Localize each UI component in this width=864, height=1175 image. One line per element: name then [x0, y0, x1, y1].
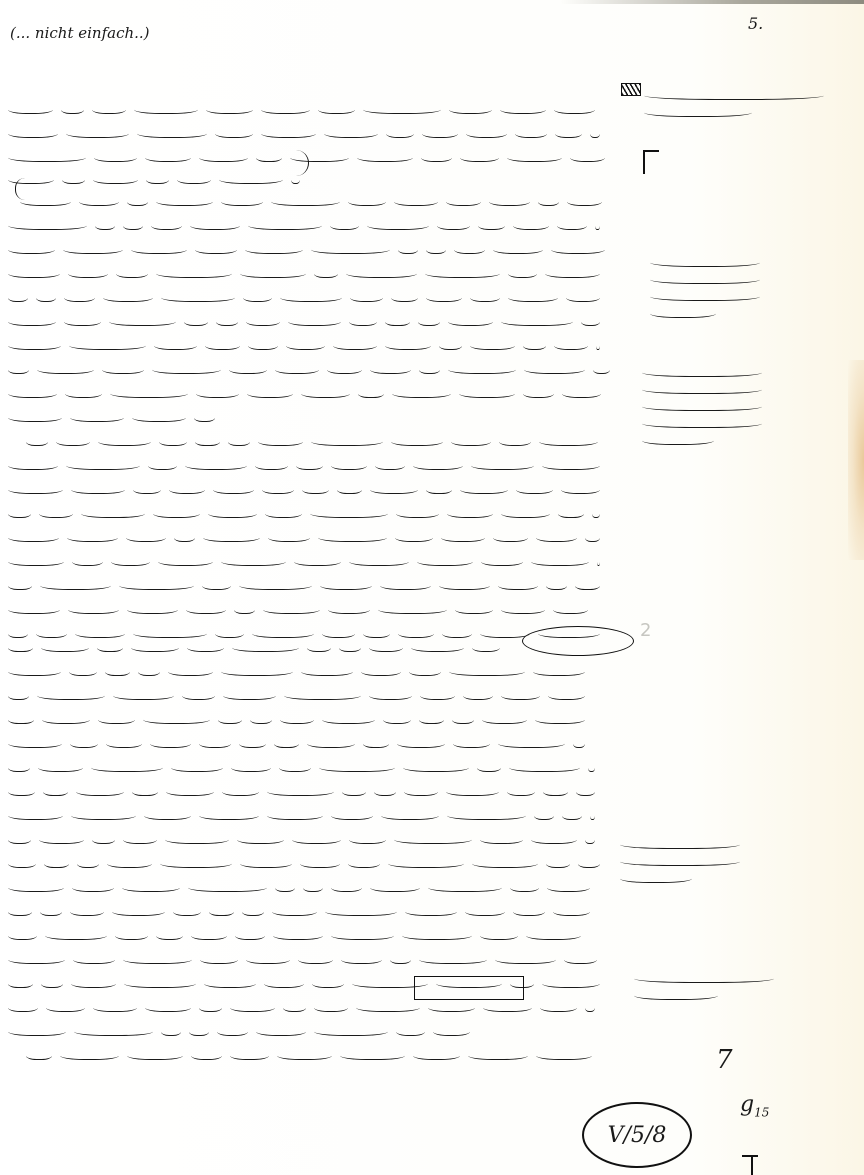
- handwritten-word: [483, 1001, 532, 1012]
- handwritten-word: [531, 833, 577, 844]
- handwritten-line: [8, 502, 608, 520]
- handwritten-word: [420, 689, 455, 700]
- handwritten-word: [292, 833, 341, 844]
- handwritten-word: [333, 339, 377, 350]
- handwritten-word: [578, 857, 600, 868]
- handwritten-word: [182, 689, 215, 700]
- handwritten-word: [42, 713, 90, 724]
- handwritten-word: [240, 267, 306, 278]
- handwritten-word: [8, 339, 61, 350]
- handwritten-word: [133, 483, 161, 494]
- handwritten-line: [8, 598, 598, 616]
- handwritten-line: [8, 262, 608, 280]
- handwritten-word: [307, 641, 331, 652]
- handwritten-word: [536, 1049, 592, 1060]
- handwritten-word: [250, 713, 272, 724]
- handwritten-word: [221, 555, 286, 566]
- handwritten-word: [26, 435, 48, 446]
- handwritten-word: [8, 411, 62, 422]
- margin-note: [644, 83, 824, 123]
- handwritten-word: [367, 219, 429, 230]
- handwritten-word: [396, 507, 439, 518]
- handwritten-word: [380, 579, 431, 590]
- handwritten-word: [349, 555, 409, 566]
- handwritten-word: [325, 905, 397, 916]
- handwritten-word: [596, 339, 600, 350]
- handwritten-word: [148, 459, 177, 470]
- handwritten-word: [381, 809, 439, 820]
- handwritten-word: [8, 603, 60, 614]
- handwritten-word: [513, 905, 545, 916]
- handwritten-word: [105, 665, 130, 676]
- handwritten-word: [570, 151, 605, 162]
- handwritten-word: [74, 1025, 153, 1036]
- handwritten-word: [482, 713, 527, 724]
- handwritten-word: [468, 1049, 528, 1060]
- handwritten-word: [350, 291, 383, 302]
- handwritten-word: [463, 689, 493, 700]
- handwritten-line: [8, 238, 613, 256]
- handwritten-word: [93, 173, 138, 184]
- handwritten-word: [451, 435, 491, 446]
- handwritten-word: [8, 761, 30, 772]
- handwritten-word: [186, 603, 226, 614]
- handwritten-word: [64, 315, 101, 326]
- handwritten-word: [288, 315, 341, 326]
- handwritten-word: [459, 387, 515, 398]
- handwritten-word: [66, 459, 140, 470]
- handwritten-word: [123, 953, 192, 964]
- handwritten-word: [8, 127, 58, 138]
- handwritten-word: [109, 315, 176, 326]
- handwritten-word: [8, 641, 33, 652]
- handwritten-line: [8, 876, 598, 894]
- handwritten-word: [261, 127, 316, 138]
- handwritten-word: [339, 641, 361, 652]
- handwritten-word: [169, 483, 205, 494]
- handwritten-word: [428, 1001, 475, 1012]
- handwritten-word: [168, 665, 213, 676]
- handwritten-word: [402, 929, 472, 940]
- handwritten-word: [199, 809, 259, 820]
- handwritten-word: [542, 977, 600, 988]
- handwritten-word: [370, 363, 411, 374]
- handwritten-line: [8, 924, 593, 942]
- handwritten-word: [68, 267, 108, 278]
- handwritten-word: [327, 363, 362, 374]
- handwritten-word: [116, 267, 148, 278]
- handwritten-word: [507, 151, 562, 162]
- handwritten-word: [554, 339, 588, 350]
- handwritten-word: [145, 1001, 191, 1012]
- handwritten-word: [383, 713, 411, 724]
- handwritten-word: [284, 689, 361, 700]
- handwritten-line: [8, 732, 593, 750]
- handwritten-word: [318, 103, 355, 114]
- margin-note-line: [642, 383, 762, 394]
- handwritten-line: [8, 574, 608, 592]
- handwritten-word: [231, 761, 271, 772]
- handwritten-word: [190, 219, 240, 230]
- margin-note-line: [634, 989, 718, 1000]
- handwritten-word: [137, 127, 207, 138]
- handwritten-word: [271, 195, 340, 206]
- handwritten-word: [213, 483, 254, 494]
- handwritten-word: [460, 483, 508, 494]
- handwritten-word: [403, 761, 469, 772]
- handwritten-word: [398, 243, 418, 254]
- handwritten-line: [8, 98, 603, 116]
- handwritten-word: [71, 977, 116, 988]
- handwritten-word: [357, 151, 413, 162]
- handwritten-word: [221, 665, 293, 676]
- archive-signature: V/5/8: [582, 1102, 692, 1168]
- handwritten-line: [8, 168, 308, 186]
- handwritten-line: [8, 1020, 478, 1038]
- margin-note: [642, 360, 762, 451]
- handwritten-word: [113, 689, 174, 700]
- handwritten-word: [8, 555, 64, 566]
- handwritten-word: [61, 103, 84, 114]
- handwritten-word: [515, 127, 547, 138]
- handwritten-word: [369, 689, 412, 700]
- handwritten-word: [272, 905, 317, 916]
- handwritten-word: [245, 243, 303, 254]
- handwritten-word: [91, 761, 163, 772]
- handwritten-word: [196, 387, 239, 398]
- handwritten-word: [356, 1001, 420, 1012]
- margin-note-line: [642, 366, 762, 377]
- handwritten-word: [273, 929, 323, 940]
- handwritten-word: [154, 339, 197, 350]
- handwritten-word: [493, 243, 543, 254]
- handwritten-word: [240, 857, 292, 868]
- handwritten-word: [546, 579, 567, 590]
- handwritten-word: [331, 809, 373, 820]
- handwritten-word: [188, 881, 267, 892]
- handwritten-word: [165, 833, 229, 844]
- handwritten-word: [62, 173, 85, 184]
- handwritten-word: [8, 809, 63, 820]
- handwritten-word: [597, 555, 600, 566]
- handwritten-word: [426, 243, 446, 254]
- handwritten-word: [8, 219, 87, 230]
- handwritten-word: [439, 339, 462, 350]
- handwritten-word: [8, 929, 37, 940]
- handwritten-word: [363, 737, 389, 748]
- handwritten-word: [39, 507, 73, 518]
- handwritten-word: [553, 905, 590, 916]
- handwritten-word: [131, 641, 179, 652]
- handwritten-word: [8, 291, 28, 302]
- handwritten-word: [480, 929, 518, 940]
- handwritten-word: [346, 267, 417, 278]
- handwritten-word: [480, 833, 523, 844]
- handwritten-word: [79, 195, 119, 206]
- header-note: (... nicht einfach..): [10, 24, 150, 42]
- handwritten-word: [446, 785, 499, 796]
- handwritten-word: [73, 953, 115, 964]
- handwritten-word: [8, 689, 29, 700]
- handwritten-word: [200, 953, 238, 964]
- handwritten-word: [446, 195, 481, 206]
- handwritten-word: [8, 665, 61, 676]
- handwritten-word: [56, 435, 90, 446]
- handwritten-word: [38, 761, 83, 772]
- handwritten-word: [319, 761, 395, 772]
- margin-note: [634, 966, 774, 1006]
- handwritten-word: [363, 103, 441, 114]
- handwritten-word: [286, 339, 325, 350]
- handwritten-word: [132, 785, 158, 796]
- handwritten-word: [217, 1025, 248, 1036]
- handwritten-word: [581, 315, 600, 326]
- handwritten-word: [202, 579, 231, 590]
- handwritten-word: [8, 977, 33, 988]
- handwritten-word: [441, 531, 485, 542]
- handwritten-word: [107, 857, 152, 868]
- handwritten-word: [36, 291, 56, 302]
- handwritten-word: [239, 737, 266, 748]
- handwritten-word: [152, 363, 221, 374]
- handwritten-word: [553, 603, 588, 614]
- handwritten-word: [177, 173, 211, 184]
- handwritten-word: [72, 881, 114, 892]
- handwritten-line: [20, 190, 610, 208]
- handwritten-word: [189, 1025, 209, 1036]
- handwritten-word: [448, 363, 516, 374]
- handwritten-word: [300, 857, 340, 868]
- handwritten-word: [46, 1001, 85, 1012]
- handwritten-word: [375, 459, 405, 470]
- handwritten-word: [67, 531, 118, 542]
- handwritten-word: [261, 103, 310, 114]
- handwritten-word: [501, 603, 545, 614]
- handwritten-word: [127, 195, 148, 206]
- handwritten-word: [205, 339, 240, 350]
- bracket-mark-icon: [643, 150, 659, 174]
- handwritten-word: [60, 1049, 119, 1060]
- handwritten-word: [341, 953, 382, 964]
- handwritten-word: [390, 953, 411, 964]
- handwritten-word: [465, 905, 505, 916]
- handwritten-word: [115, 929, 148, 940]
- handwritten-word: [546, 857, 570, 868]
- handwritten-word: [267, 785, 334, 796]
- handwritten-line: [8, 214, 608, 232]
- handwritten-word: [296, 459, 323, 470]
- handwritten-word: [411, 641, 464, 652]
- handwritten-word: [66, 127, 129, 138]
- handwritten-word: [20, 195, 71, 206]
- handwritten-word: [43, 785, 68, 796]
- handwritten-word: [126, 531, 166, 542]
- handwritten-word: [174, 531, 195, 542]
- handwritten-word: [558, 507, 584, 518]
- handwritten-word: [331, 459, 367, 470]
- handwritten-word: [102, 363, 144, 374]
- handwritten-line: [8, 550, 608, 568]
- handwritten-word: [454, 243, 485, 254]
- handwritten-word: [314, 1025, 388, 1036]
- handwritten-line: [8, 828, 603, 846]
- handwritten-word: [331, 929, 394, 940]
- handwritten-word: [280, 291, 342, 302]
- handwritten-word: [455, 603, 493, 614]
- handwritten-word: [275, 363, 319, 374]
- handwritten-word: [112, 905, 165, 916]
- handwritten-word: [562, 809, 582, 820]
- handwritten-word: [262, 483, 294, 494]
- handwritten-word: [223, 689, 276, 700]
- handwritten-line: [8, 454, 608, 472]
- handwritten-word: [370, 881, 420, 892]
- handwritten-line: [8, 146, 613, 164]
- handwritten-word: [235, 929, 265, 940]
- handwritten-word: [8, 507, 31, 518]
- margin-note-line: [642, 417, 762, 428]
- handwritten-word: [184, 315, 208, 326]
- handwritten-word: [391, 291, 418, 302]
- archive-signature-text: V/5/8: [608, 1123, 667, 1148]
- handwritten-word: [216, 315, 238, 326]
- handwritten-word: [110, 387, 188, 398]
- handwritten-word: [499, 435, 531, 446]
- handwritten-word: [127, 603, 178, 614]
- margin-note-line: [642, 400, 762, 411]
- handwritten-word: [588, 761, 595, 772]
- handwritten-word: [232, 641, 299, 652]
- handwritten-word: [159, 435, 187, 446]
- handwritten-word: [119, 579, 194, 590]
- handwritten-word: [595, 219, 600, 230]
- handwritten-word: [215, 127, 253, 138]
- handwritten-line: [8, 358, 618, 376]
- handwritten-word: [263, 603, 320, 614]
- handwritten-word: [548, 689, 585, 700]
- handwritten-line: [8, 636, 518, 654]
- handwritten-word: [274, 737, 299, 748]
- handwritten-word: [171, 761, 223, 772]
- handwritten-word: [422, 127, 458, 138]
- handwritten-word: [40, 579, 111, 590]
- handwritten-word: [195, 243, 237, 254]
- handwritten-word: [98, 713, 135, 724]
- handwritten-word: [396, 1025, 425, 1036]
- handwritten-word: [77, 857, 99, 868]
- corner-tick-mark: [742, 1155, 758, 1175]
- handwritten-word: [45, 929, 107, 940]
- manuscript-page: (... nicht einfach..) 5. 2 7 g15 V/5/8: [0, 0, 864, 1175]
- folio-mark: g15: [740, 1092, 769, 1119]
- handwritten-word: [93, 1001, 137, 1012]
- handwritten-word: [248, 219, 322, 230]
- handwritten-word: [510, 881, 539, 892]
- handwritten-word: [404, 785, 438, 796]
- handwritten-word: [26, 1049, 52, 1060]
- handwritten-word: [303, 881, 323, 892]
- margin-note-line: [620, 855, 740, 866]
- handwritten-word: [592, 507, 600, 518]
- handwritten-word: [314, 1001, 348, 1012]
- handwritten-word: [481, 555, 523, 566]
- margin-note-line: [644, 106, 752, 117]
- handwritten-word: [478, 219, 505, 230]
- handwritten-line: [8, 382, 618, 400]
- handwritten-word: [540, 1001, 577, 1012]
- handwritten-line: [8, 804, 603, 822]
- handwritten-word: [322, 713, 375, 724]
- handwritten-word: [127, 1049, 183, 1060]
- handwritten-word: [385, 339, 431, 350]
- handwritten-word: [195, 435, 220, 446]
- handwritten-word: [557, 219, 587, 230]
- handwritten-word: [452, 713, 474, 724]
- handwritten-word: [340, 1049, 405, 1060]
- handwritten-word: [76, 785, 124, 796]
- handwritten-word: [391, 435, 443, 446]
- margin-note-line: [650, 273, 760, 284]
- handwritten-word: [132, 411, 186, 422]
- handwritten-line: [26, 430, 606, 448]
- handwritten-word: [160, 857, 232, 868]
- handwritten-word: [158, 555, 213, 566]
- handwritten-word: [98, 435, 151, 446]
- margin-note-line: [644, 89, 824, 100]
- handwritten-word: [551, 243, 605, 254]
- handwritten-word: [395, 531, 433, 542]
- paper-stain: [848, 360, 864, 560]
- handwritten-word: [405, 905, 457, 916]
- handwritten-word: [255, 459, 288, 470]
- handwritten-word: [509, 761, 580, 772]
- handwritten-word: [8, 737, 62, 748]
- handwritten-word: [222, 785, 259, 796]
- handwritten-word: [419, 713, 444, 724]
- handwritten-word: [275, 881, 295, 892]
- handwritten-word: [513, 219, 549, 230]
- handwritten-word: [161, 1025, 181, 1036]
- handwritten-word: [41, 977, 63, 988]
- margin-note-line: [634, 972, 774, 983]
- handwritten-word: [531, 555, 589, 566]
- handwritten-line: [8, 526, 608, 544]
- handwritten-word: [413, 459, 463, 470]
- handwritten-word: [536, 531, 577, 542]
- handwritten-line: [8, 708, 593, 726]
- handwritten-word: [199, 737, 231, 748]
- handwritten-word: [590, 809, 595, 820]
- handwritten-word: [324, 127, 378, 138]
- handwritten-line: [8, 780, 603, 798]
- handwritten-word: [394, 195, 438, 206]
- handwritten-word: [593, 363, 610, 374]
- handwritten-word: [8, 905, 32, 916]
- handwritten-word: [524, 363, 585, 374]
- handwritten-word: [37, 363, 94, 374]
- handwritten-word: [151, 219, 182, 230]
- handwritten-word: [394, 833, 472, 844]
- handwritten-word: [566, 291, 600, 302]
- handwritten-word: [39, 833, 84, 844]
- handwritten-word: [342, 785, 366, 796]
- handwritten-word: [489, 195, 530, 206]
- handwritten-word: [447, 809, 526, 820]
- handwritten-word: [523, 339, 546, 350]
- handwritten-word: [545, 267, 600, 278]
- handwritten-word: [69, 665, 97, 676]
- handwritten-word: [8, 1001, 38, 1012]
